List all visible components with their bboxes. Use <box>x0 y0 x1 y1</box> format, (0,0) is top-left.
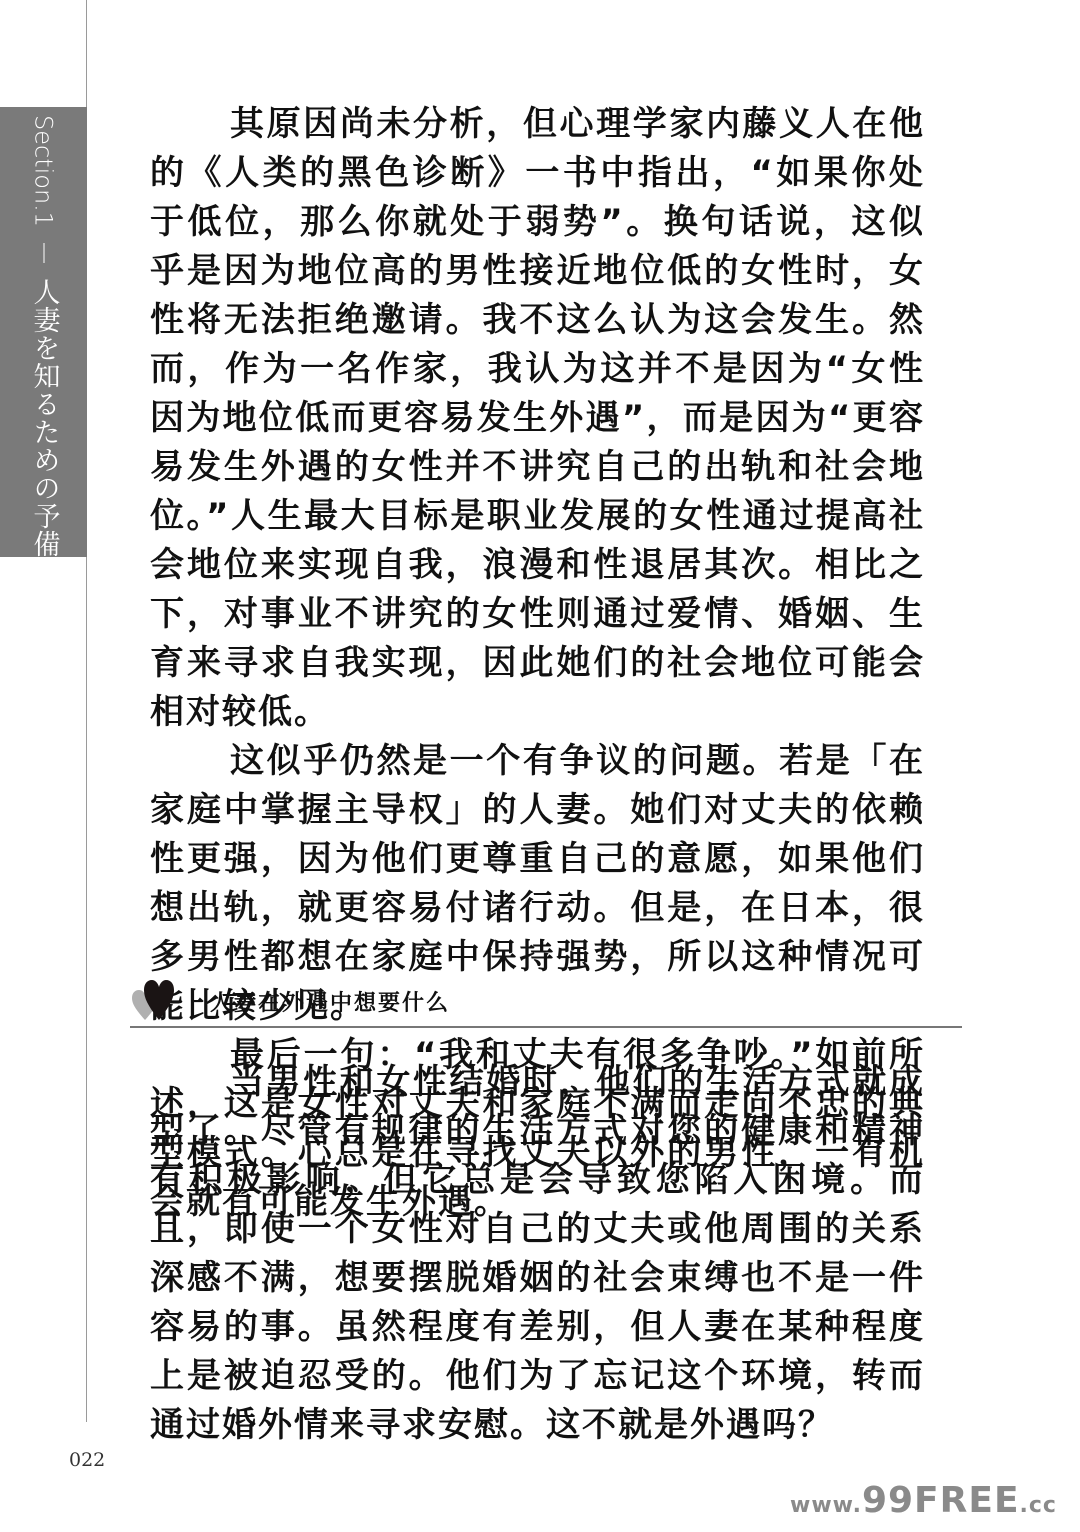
section-sidebar-text: Section.1 人妻を知るための予備知識 <box>31 115 58 614</box>
heart-black-icon <box>144 980 174 1020</box>
watermark-suffix: .cc <box>1020 1493 1057 1518</box>
paragraph: 当男性和女性结婚时，他们的生活方式就成型了。尽管有规律的生活方式对您的健康和精神… <box>150 1058 925 1450</box>
section-separator <box>43 243 44 263</box>
body-text-bottom: 当男性和女性结婚时，他们的生活方式就成型了。尽管有规律的生活方式对您的健康和精神… <box>150 1058 925 1450</box>
watermark-main: 99FREE <box>862 1480 1020 1521</box>
chapter-title: 人妻を知るための予備知識 <box>29 278 60 614</box>
watermark-prefix: www. <box>790 1493 862 1518</box>
paragraph: 其原因尚未分析，但心理学家内藤义人在他的《人类的黑色诊断》一书中指出，“如果你处… <box>150 100 925 737</box>
watermark: www.99FREE.cc <box>790 1480 1057 1521</box>
section-heading: 人妻在外遇中想要什么 <box>130 978 962 1028</box>
page-number: 022 <box>69 1449 105 1471</box>
section-label: Section.1 <box>30 115 58 227</box>
section-sidebar-tab: Section.1 人妻を知るための予備知識 <box>0 107 87 557</box>
section-heading-title: 人妻在外遇中想要什么 <box>210 986 450 1017</box>
